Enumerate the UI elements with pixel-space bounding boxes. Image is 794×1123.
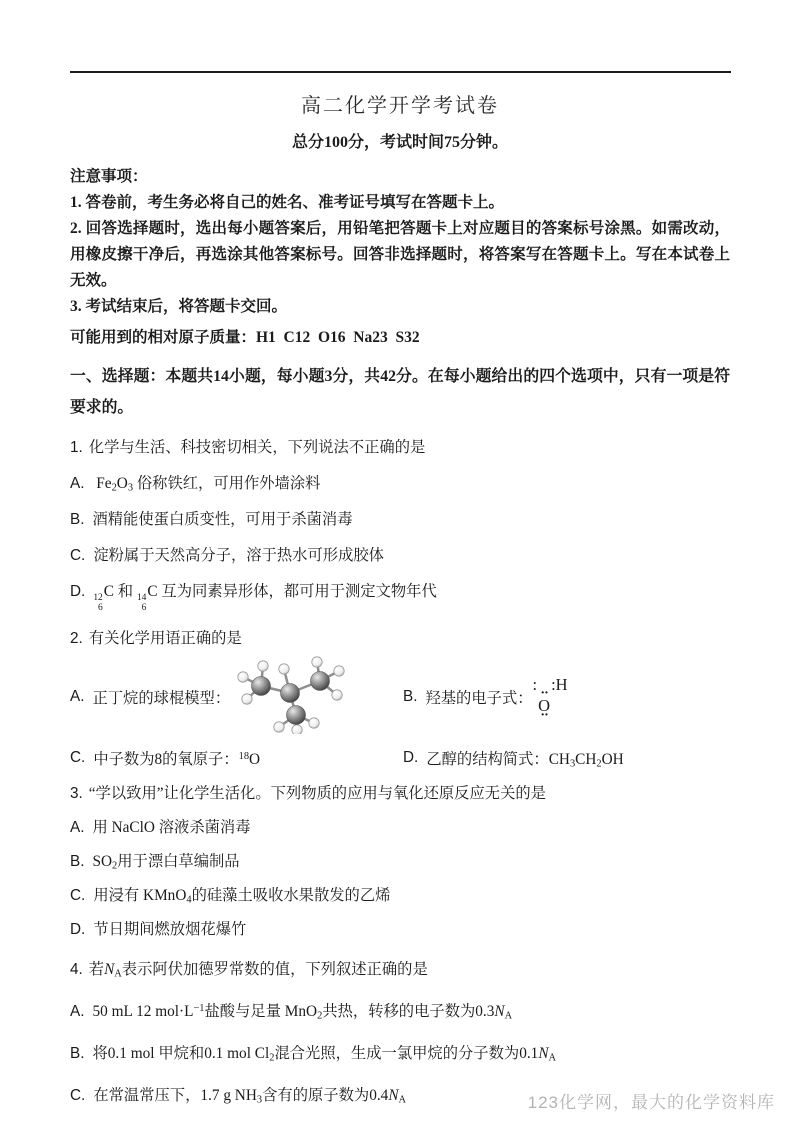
option-text: 节日期间燃放烟花爆竹 bbox=[93, 921, 246, 938]
question-3-option-d: D.节日期间燃放烟花爆竹 bbox=[70, 918, 730, 941]
notice-item-3: 3. 考试结束后，将答题卡交回。 bbox=[70, 294, 730, 320]
question-4-stem-text: 若NA表示阿伏加德罗常数的值，下列叙述正确的是 bbox=[89, 961, 428, 978]
option-label: B. bbox=[70, 853, 84, 870]
option-label: A. bbox=[70, 475, 84, 492]
notice-item-1: 1. 答卷前，考生务必将自己的姓名、准考证号填写在答题卡上。 bbox=[70, 190, 730, 216]
option-text: 中子数为8的氧原子：18O bbox=[93, 747, 260, 769]
question-2-option-d: D. 乙醇的结构简式：CH3CH2OH bbox=[403, 747, 730, 769]
top-divider-rule bbox=[70, 71, 731, 73]
option-text: 羟基的电子式： bbox=[425, 686, 532, 708]
question-1-number: 1. bbox=[70, 439, 83, 456]
question-1-option-c: C.淀粉属于天然高分子，溶于热水可形成胶体 bbox=[70, 544, 730, 567]
option-text: Fe2O3 俗称铁红，可用作外墙涂料 bbox=[92, 475, 320, 492]
question-1-stem-text: 化学与生活、科技密切相关，下列说法不正确的是 bbox=[89, 439, 426, 456]
question-3: 3.“学以致用”让化学生活化。下列物质的应用与氧化还原反应无关的是 A.用 Na… bbox=[70, 782, 730, 941]
question-2-option-b: B. 羟基的电子式： :··O··:H bbox=[403, 675, 730, 720]
question-2-number: 2. bbox=[70, 630, 83, 647]
option-label: B. bbox=[70, 1045, 84, 1062]
option-text: 淀粉属于天然高分子，溶于热水可形成胶体 bbox=[93, 547, 384, 564]
notice-heading: 注意事项： bbox=[70, 164, 730, 190]
atomic-mass-line: 可能用到的相对原子质量：H1 C12 O16 Na23 S32 bbox=[70, 325, 730, 351]
question-2-stem: 2.有关化学用语正确的是 bbox=[70, 627, 730, 650]
option-text: 酒精能使蛋白质变性，可用于杀菌消毒 bbox=[92, 511, 352, 528]
option-text: 用 NaClO 溶液杀菌消毒 bbox=[92, 819, 250, 836]
option-text: 50 mL 12 mol·L−1盐酸与足量 MnO2共热，转移的电子数为0.3N… bbox=[92, 1003, 512, 1020]
question-2: 2.有关化学用语正确的是 A. 正丁烷的球棍模型： bbox=[70, 627, 730, 769]
question-1-stem: 1.化学与生活、科技密切相关，下列说法不正确的是 bbox=[70, 436, 730, 459]
question-2-options-row-cd: C. 中子数为8的氧原子：18O D. 乙醇的结构简式：CH3CH2OH bbox=[70, 747, 730, 769]
question-2-options-row-ab: A. 正丁烷的球棍模型： bbox=[70, 656, 730, 739]
option-label: B. bbox=[403, 688, 417, 706]
exam-paper-page: 高二化学开学考试卷 总分100分，考试时间75分钟。 注意事项： 1. 答卷前，… bbox=[0, 0, 794, 1123]
question-3-stem: 3.“学以致用”让化学生活化。下列物质的应用与氧化还原反应无关的是 bbox=[70, 782, 730, 805]
question-1-option-d: D.126C 和 146C 互为同素异形体，都可用于测定文物年代 bbox=[70, 580, 730, 614]
option-text: 126C 和 146C 互为同素异形体，都可用于测定文物年代 bbox=[93, 583, 436, 600]
option-text: 用浸有 KMnO4的硅藻土吸收水果散发的乙烯 bbox=[93, 887, 390, 904]
option-label: A. bbox=[70, 1003, 84, 1020]
option-label: C. bbox=[70, 749, 85, 767]
page-content: 高二化学开学考试卷 总分100分，考试时间75分钟。 注意事项： 1. 答卷前，… bbox=[0, 92, 794, 1107]
question-4-option-a: A.50 mL 12 mol·L−1盐酸与足量 MnO2共热，转移的电子数为0.… bbox=[70, 1000, 730, 1023]
option-text: SO2用于漂白草编制品 bbox=[92, 853, 239, 870]
question-3-option-a: A.用 NaClO 溶液杀菌消毒 bbox=[70, 816, 730, 839]
question-4: 4.若NA表示阿伏加德罗常数的值，下列叙述正确的是 A.50 mL 12 mol… bbox=[70, 958, 730, 1107]
option-label: C. bbox=[70, 547, 85, 564]
option-label: D. bbox=[70, 921, 85, 938]
option-text: 正丁烷的球棍模型： bbox=[92, 686, 230, 708]
question-2-option-c: C. 中子数为8的氧原子：18O bbox=[70, 747, 403, 769]
question-3-number: 3. bbox=[70, 785, 83, 802]
question-1-option-b: B.酒精能使蛋白质变性，可用于杀菌消毒 bbox=[70, 508, 730, 531]
option-label: D. bbox=[403, 749, 418, 767]
hydroxyl-electron-formula: :··O··:H bbox=[533, 675, 568, 720]
question-3-stem-text: “学以致用”让化学生活化。下列物质的应用与氧化还原反应无关的是 bbox=[89, 785, 546, 802]
question-3-option-b: B.SO2用于漂白草编制品 bbox=[70, 850, 730, 873]
footer-watermark: 123化学网，最大的化学资料库 bbox=[528, 1088, 775, 1113]
option-label: B. bbox=[70, 511, 84, 528]
section-header: 一、选择题：本题共14小题，每小题3分，共42分。在每小题给出的四个选项中，只有… bbox=[70, 361, 730, 423]
option-label: C. bbox=[70, 1087, 85, 1104]
question-4-number: 4. bbox=[70, 961, 83, 978]
question-3-option-c: C.用浸有 KMnO4的硅藻土吸收水果散发的乙烯 bbox=[70, 884, 730, 907]
option-text: 在常温常压下，1.7 g NH3含有的原子数为0.4NA bbox=[93, 1087, 406, 1104]
question-1-option-a: A. Fe2O3 俗称铁红，可用作外墙涂料 bbox=[70, 472, 730, 495]
question-2-stem-text: 有关化学用语正确的是 bbox=[89, 630, 242, 647]
option-label: A. bbox=[70, 819, 84, 836]
option-label: C. bbox=[70, 887, 85, 904]
notice-item-2: 2. 回答选择题时，选出每小题答案后，用铅笔把答题卡上对应题目的答案标号涂黑。如… bbox=[70, 216, 730, 294]
page-title: 高二化学开学考试卷 bbox=[70, 92, 730, 120]
ball-and-stick-molecule-icon bbox=[234, 656, 350, 739]
option-text: 将0.1 mol 甲烷和0.1 mol Cl2混合光照，生成一氯甲烷的分子数为0… bbox=[92, 1045, 556, 1062]
option-label: D. bbox=[70, 583, 85, 600]
question-4-stem: 4.若NA表示阿伏加德罗常数的值，下列叙述正确的是 bbox=[70, 958, 730, 981]
question-2-option-a: A. 正丁烷的球棍模型： bbox=[70, 656, 403, 739]
exam-score-time-subtitle: 总分100分，考试时间75分钟。 bbox=[70, 132, 730, 154]
question-4-option-b: B.将0.1 mol 甲烷和0.1 mol Cl2混合光照，生成一氯甲烷的分子数… bbox=[70, 1042, 730, 1065]
question-1: 1.化学与生活、科技密切相关，下列说法不正确的是 A. Fe2O3 俗称铁红，可… bbox=[70, 436, 730, 614]
option-label: A. bbox=[70, 688, 84, 706]
option-text: 乙醇的结构简式：CH3CH2OH bbox=[426, 747, 623, 769]
